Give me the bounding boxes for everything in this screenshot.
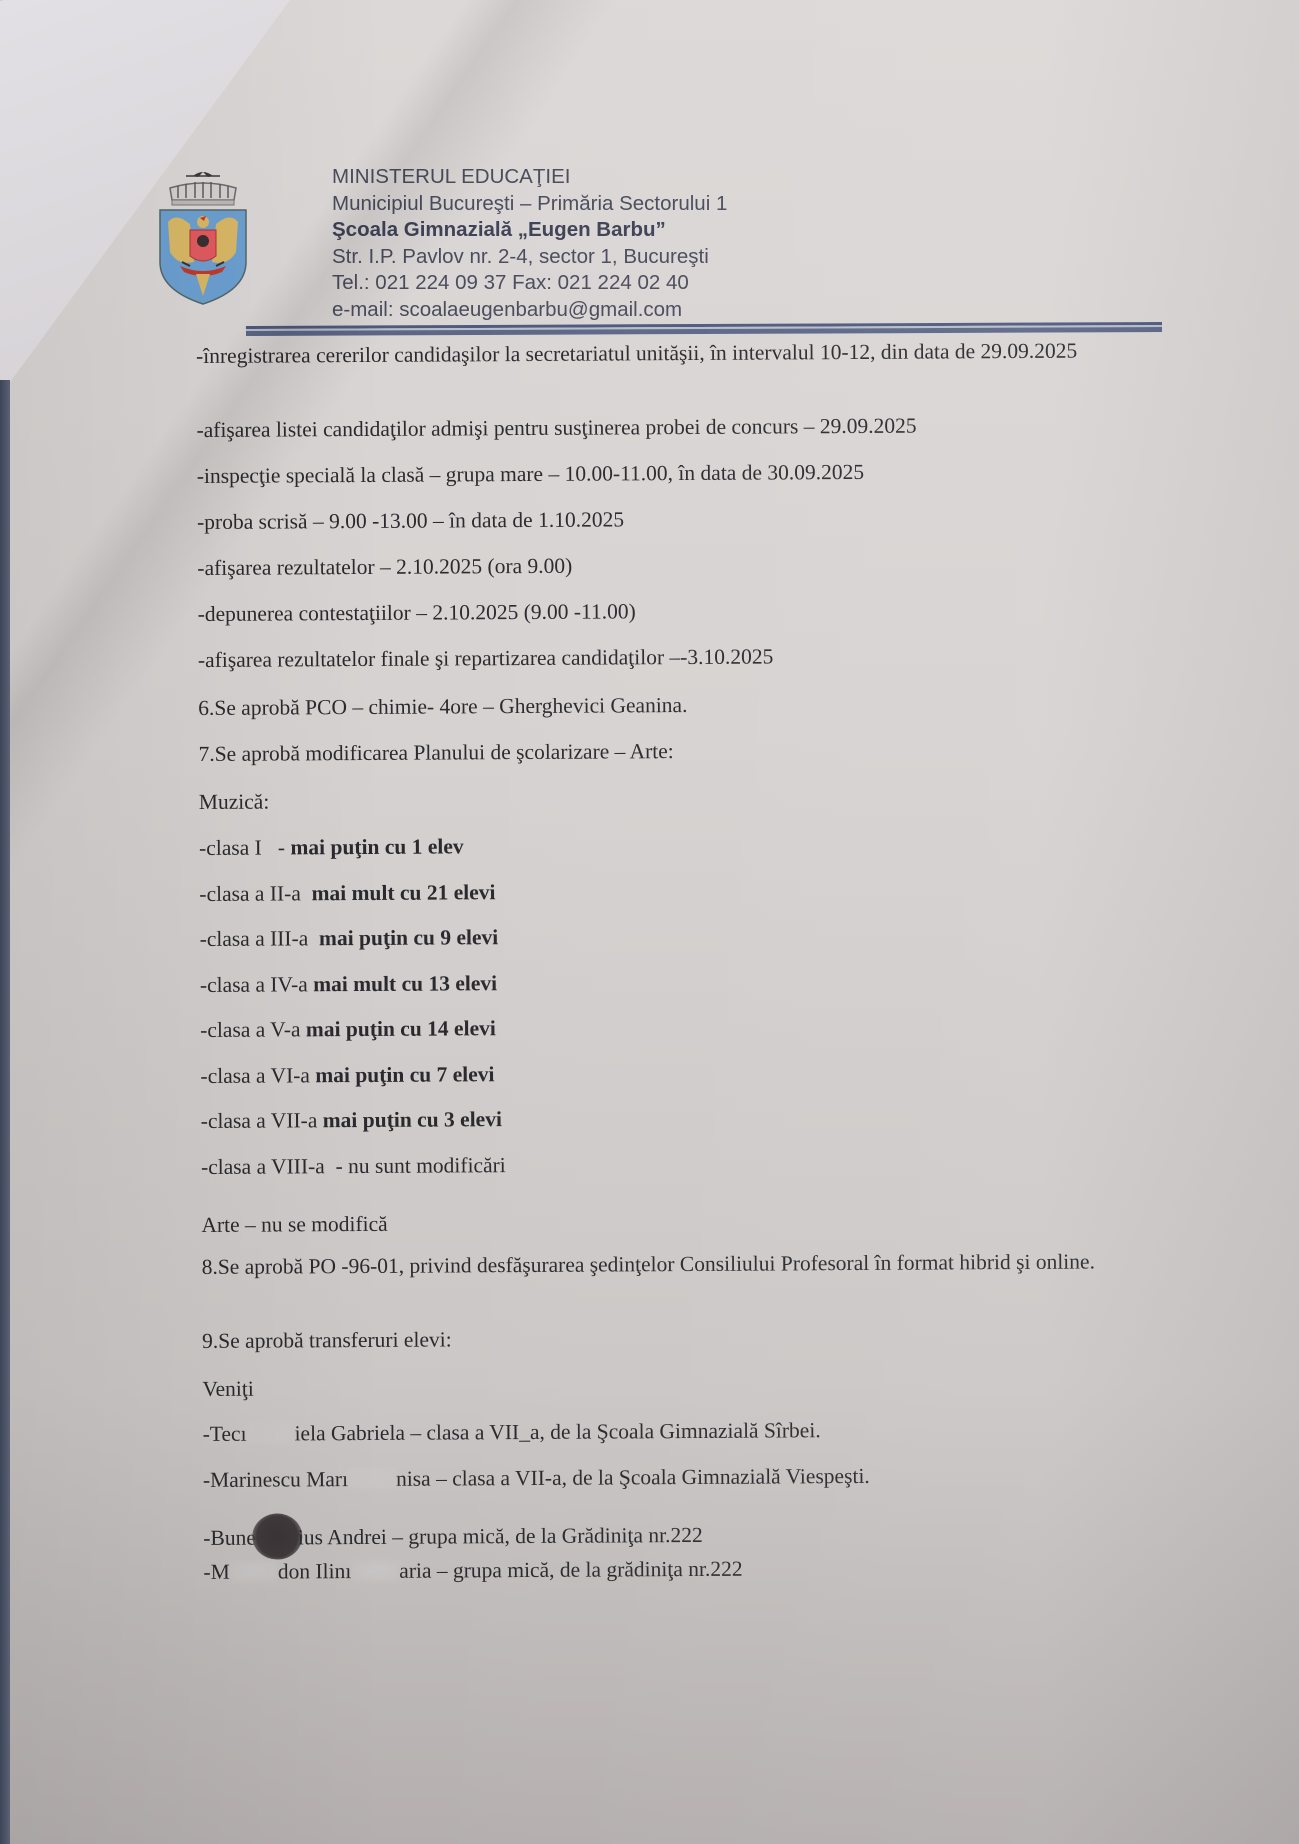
transfer-row: -Mdon Ilinıaria – grupa mică, de la grăd… xyxy=(203,1557,742,1585)
class-label: -clasa a VIII-a xyxy=(201,1154,325,1179)
page-fold-shadow xyxy=(0,0,1299,1844)
school-email: e-mail: scoalaeugenbarbu@gmail.com xyxy=(332,297,727,324)
class-change-row: -clasa a II-a mai mult cu 21 elevi xyxy=(199,880,495,907)
class-label: -clasa a III-a xyxy=(200,926,309,951)
item-7-subtitle: Muzică: xyxy=(199,790,270,815)
class-change-value: mai puţin cu 3 elevi xyxy=(323,1107,502,1132)
school-address: Str. I.P. Pavlov nr. 2-4, sector 1, Bucu… xyxy=(332,244,727,271)
redacted-name-segment xyxy=(348,1467,396,1489)
school-name: Şcoala Gimnazială „Eugen Barbu” xyxy=(332,217,727,244)
class-label: -clasa I xyxy=(199,836,262,860)
redacted-name-segment xyxy=(252,1513,302,1559)
redacted-name-segment xyxy=(246,1422,294,1444)
municipality: Municipiul Bucureşti – Primăria Sectorul… xyxy=(332,191,727,218)
redacted-name-segment xyxy=(351,1559,399,1581)
schedule-item: -depunerea contestaţiilor – 2.10.2025 (9… xyxy=(198,599,636,627)
class-change-row: -clasa a V-a mai puţin cu 14 elevi xyxy=(200,1016,496,1043)
class-change-list: -clasa I - mai puţin cu 1 elev-clasa a I… xyxy=(196,335,1126,341)
class-change-value: mai mult cu 21 elevi xyxy=(312,880,496,905)
item-9-title: 9.Se aprobă transferuri elevi: xyxy=(202,1327,452,1354)
schedule-item: -afişarea rezultatelor – 2.10.2025 (ora … xyxy=(197,554,572,581)
class-change-row: -clasa a VI-a mai puţin cu 7 elevi xyxy=(200,1062,494,1089)
class-change-row: -clasa I - mai puţin cu 1 elev xyxy=(199,834,464,861)
schedule-item: -afişarea rezultatelor finale şi reparti… xyxy=(198,644,774,673)
document-body: -înregistrarea cererilor candidaşilor la… xyxy=(196,335,1126,341)
class-change-value: mai mult cu 13 elevi xyxy=(313,971,497,996)
letterhead: MINISTERUL EDUCAŢIEI Municipiul Bucureşt… xyxy=(332,164,727,323)
ministry-name: MINISTERUL EDUCAŢIEI xyxy=(332,164,727,191)
schedule-item: -inspecţie specială la clasă – grupa mar… xyxy=(197,460,864,489)
school-phone-fax: Tel.: 021 224 09 37 Fax: 021 224 02 40 xyxy=(332,270,727,297)
redacted-name-segment xyxy=(230,1560,278,1582)
transfer-list: -Tecıiela Gabriela – clasa a VII_a, de l… xyxy=(196,335,1126,341)
schedule-item: -afişarea listei candidaţilor admişi pen… xyxy=(196,414,916,443)
transfer-row: -Marinescu Marınisa – clasa a VII-a, de … xyxy=(203,1464,870,1493)
transfer-row: -Buneius Andrei – grupa mică, de la Grăd… xyxy=(203,1511,703,1560)
schedule-item: -proba scrisă – 9.00 -13.00 – în data de… xyxy=(197,507,624,535)
class-change-value: mai puţin cu 14 elevi xyxy=(306,1016,496,1041)
item-7-title: 7.Se aprobă modificarea Planului de şcol… xyxy=(198,739,673,767)
item-8-procedure: 8.Se aprobă PO -96-01, privind desfăşura… xyxy=(202,1246,1132,1283)
class-change-value: mai puţin cu 1 elev xyxy=(290,834,463,859)
class-change-value: - nu sunt modificări xyxy=(335,1153,505,1178)
folder-edge xyxy=(0,380,10,1844)
item-6-pco: 6.Se aprobă PCO – chimie- 4ore – Gherghe… xyxy=(198,693,687,721)
schedule-item: -înregistrarea cererilor candidaşilor la… xyxy=(196,335,1126,372)
transfer-row: -Tecıiela Gabriela – clasa a VII_a, de l… xyxy=(203,1418,821,1447)
class-change-row: -clasa a VIII-a - nu sunt modificări xyxy=(201,1153,506,1180)
class-change-row: -clasa a III-a mai puţin cu 9 elevi xyxy=(200,925,499,952)
class-label: -clasa a II-a xyxy=(199,881,301,906)
bucharest-coat-of-arms-icon xyxy=(156,166,250,306)
class-change-value: mai puţin cu 9 elevi xyxy=(319,925,498,950)
class-change-row: -clasa a IV-a mai mult cu 13 elevi xyxy=(200,971,497,998)
letterhead-divider xyxy=(246,322,1162,336)
class-change-row: -clasa a VII-a mai puţin cu 3 elevi xyxy=(201,1107,502,1134)
mirrored-ghost-text: MIN Mun Şco Str. I Tel xyxy=(0,0,10,44)
item-9-subtitle: Veniţi xyxy=(202,1377,254,1402)
class-label: -clasa a VI-a xyxy=(200,1063,310,1088)
item-7-arte: Arte – nu se modifică xyxy=(201,1212,387,1238)
class-label: -clasa a V-a xyxy=(200,1017,300,1042)
class-label: -clasa a VII-a xyxy=(201,1108,318,1133)
document-page: MINISTERUL EDUCAŢIEI Municipiul Bucureşt… xyxy=(0,0,1299,1844)
class-label: -clasa a IV-a xyxy=(200,972,308,997)
class-change-value: mai puţin cu 7 elevi xyxy=(315,1062,494,1087)
